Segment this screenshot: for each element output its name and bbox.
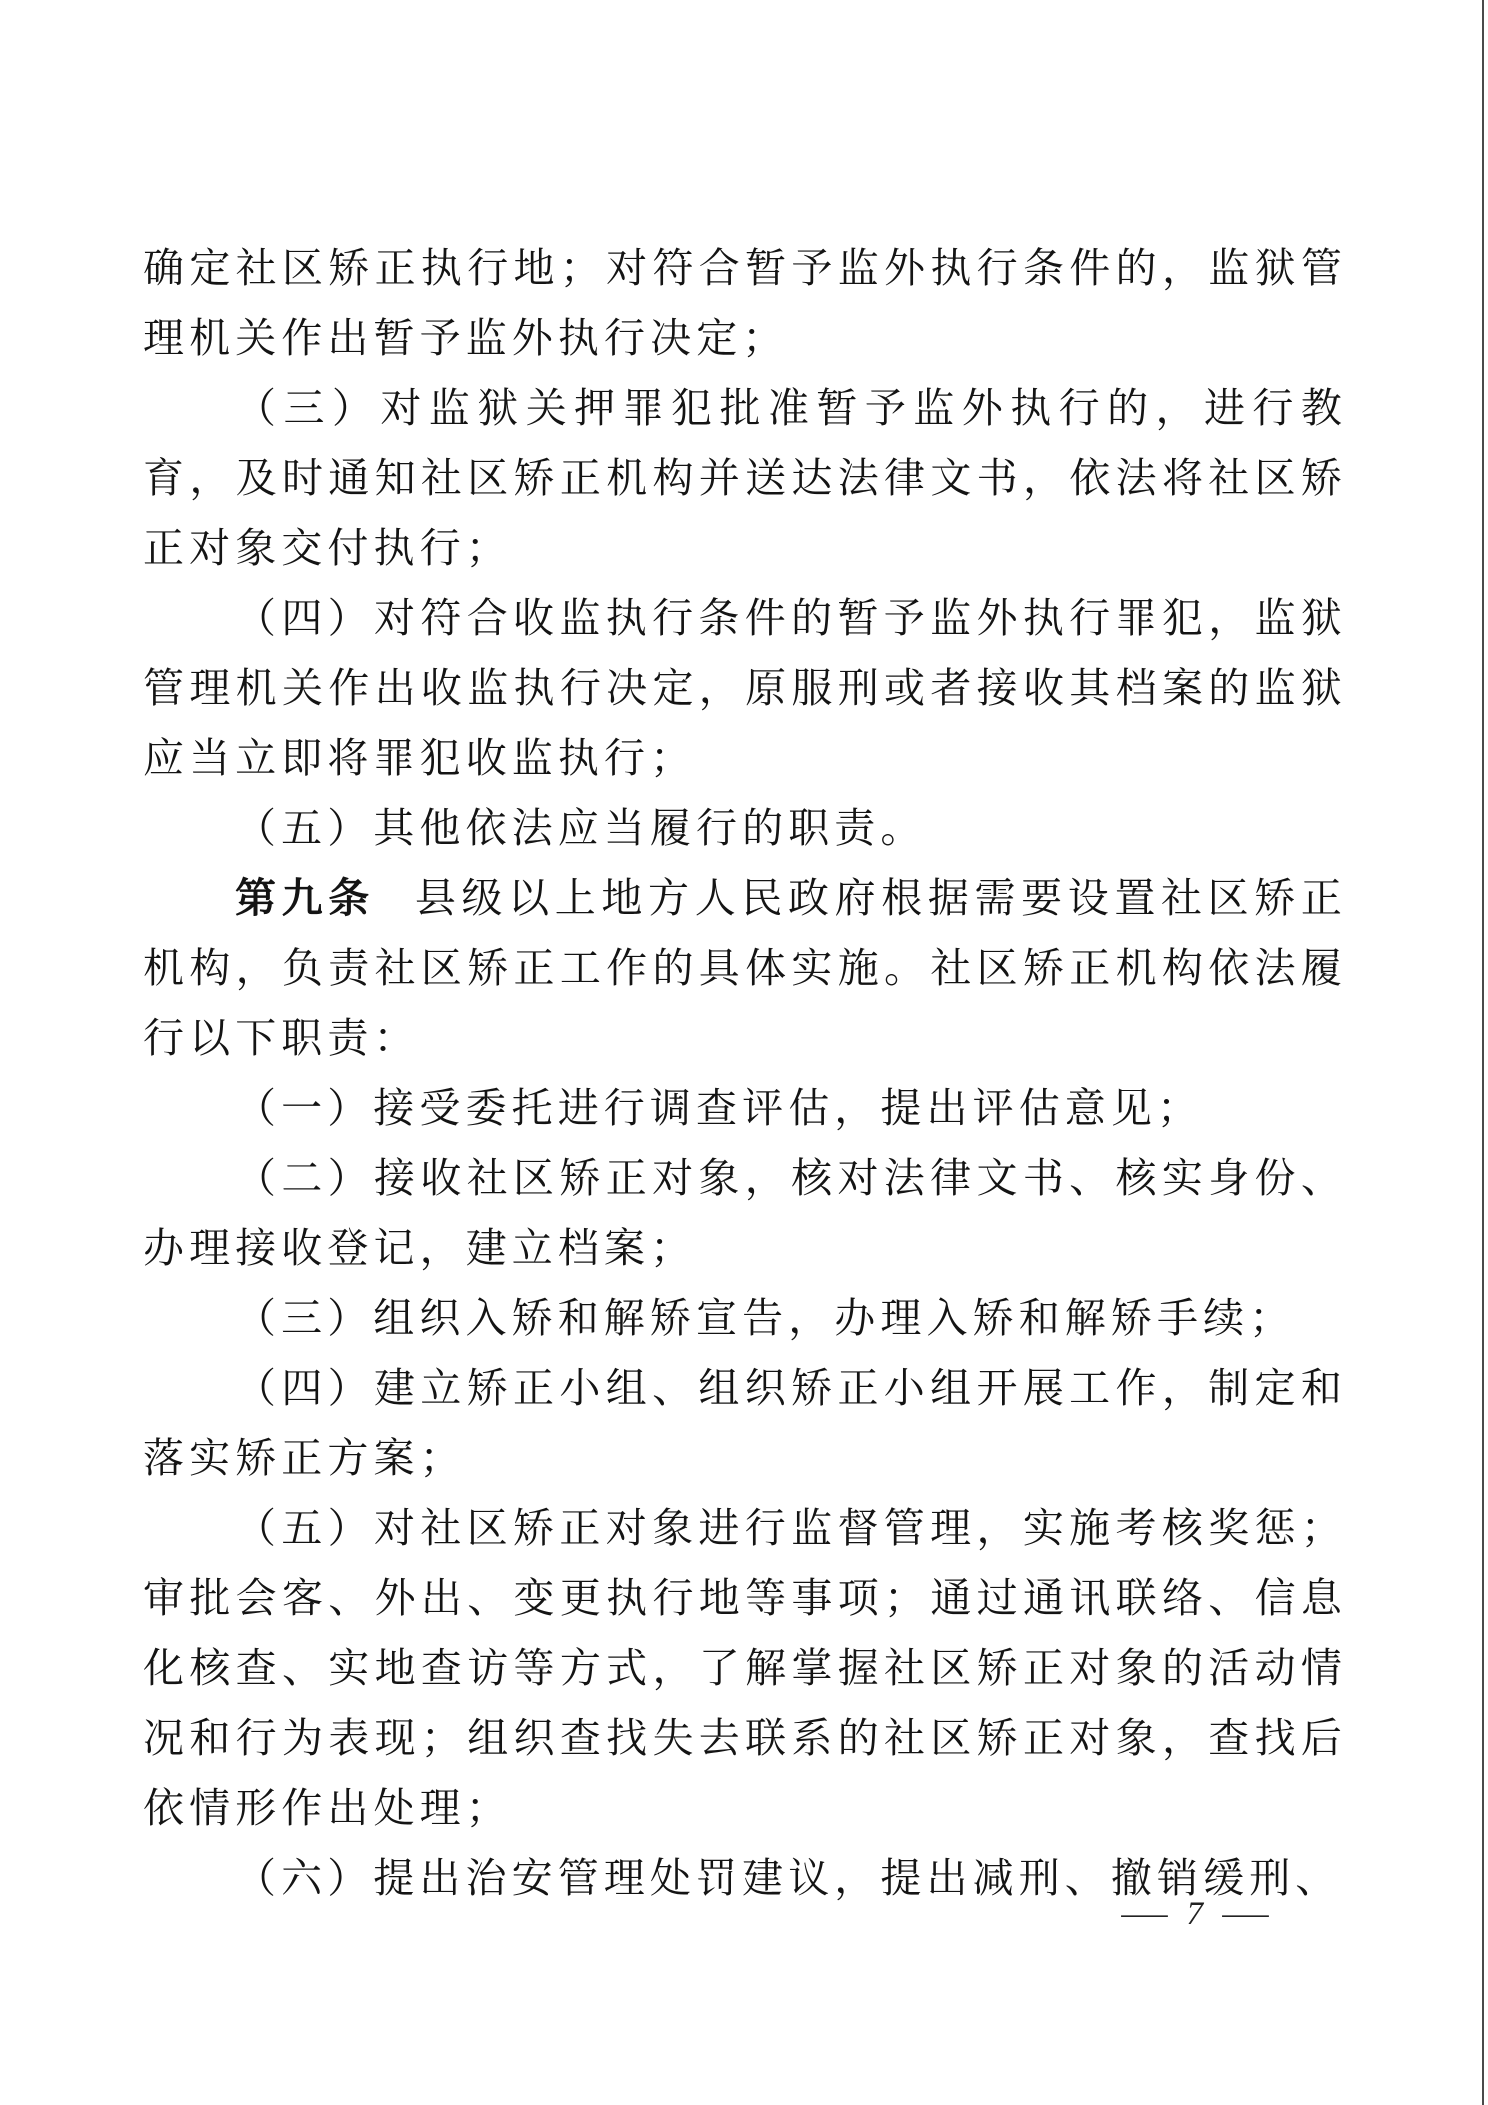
paragraph: （四）建立矫正小组、组织矫正小组开展工作，制定和落实矫正方案；	[143, 1353, 1347, 1493]
article-number: 第九条	[235, 875, 375, 921]
document-page: 确定社区矫正执行地；对符合暂予监外执行条件的，监狱管理机关作出暂予监外执行决定；…	[0, 0, 1488, 2105]
paragraph-text: （三）组织入矫和解矫宣告，办理入矫和解矫手续；	[235, 1295, 1295, 1341]
paragraph-text: 确定社区矫正执行地；对符合暂予监外执行条件的，监狱管理机关作出暂予监外执行决定；	[143, 245, 1347, 361]
paragraph-text: （四）建立矫正小组、组织矫正小组开展工作，制定和落实矫正方案；	[143, 1365, 1347, 1481]
page-number-footer: — 7 —	[1128, 1896, 1263, 1933]
footer-dash-left: —	[1121, 1896, 1167, 1933]
paragraph-text: （一）接受委托进行调查评估，提出评估意见；	[235, 1085, 1203, 1131]
paragraph-text: （五）其他依法应当履行的职责。	[235, 805, 927, 851]
paragraph: （一）接受委托进行调查评估，提出评估意见；	[143, 1073, 1347, 1143]
paragraph-text: （五）对社区矫正对象进行监督管理，实施考核奖惩；审批会客、外出、变更执行地等事项…	[143, 1505, 1347, 1831]
paragraph: 第九条县级以上地方人民政府根据需要设置社区矫正机构，负责社区矫正工作的具体实施。…	[143, 863, 1347, 1073]
paragraph: （三）组织入矫和解矫宣告，办理入矫和解矫手续；	[143, 1283, 1347, 1353]
paragraph-text: （三）对监狱关押罪犯批准暂予监外执行的，进行教育，及时通知社区矫正机构并送达法律…	[143, 385, 1347, 571]
paragraph: （二）接收社区矫正对象，核对法律文书、核实身份、办理接收登记，建立档案；	[143, 1143, 1347, 1283]
scan-edge-line	[1482, 0, 1484, 2105]
paragraph: （五）其他依法应当履行的职责。	[143, 793, 1347, 863]
paragraph: （三）对监狱关押罪犯批准暂予监外执行的，进行教育，及时通知社区矫正机构并送达法律…	[143, 373, 1347, 583]
paragraph-text: （六）提出治安管理处罚建议，提出减刑、撤销缓刑、	[235, 1855, 1341, 1901]
text-block: 确定社区矫正执行地；对符合暂予监外执行条件的，监狱管理机关作出暂予监外执行决定；…	[143, 233, 1347, 1913]
footer-dash-right: —	[1222, 1896, 1268, 1933]
paragraph: （四）对符合收监执行条件的暂予监外执行罪犯，监狱管理机关作出收监执行决定，原服刑…	[143, 583, 1347, 793]
paragraph: （五）对社区矫正对象进行监督管理，实施考核奖惩；审批会客、外出、变更执行地等事项…	[143, 1493, 1347, 1843]
paragraph: 确定社区矫正执行地；对符合暂予监外执行条件的，监狱管理机关作出暂予监外执行决定；	[143, 233, 1347, 373]
paragraph-text: （二）接收社区矫正对象，核对法律文书、核实身份、办理接收登记，建立档案；	[143, 1155, 1347, 1271]
paragraph-text: （四）对符合收监执行条件的暂予监外执行罪犯，监狱管理机关作出收监执行决定，原服刑…	[143, 595, 1347, 781]
page-number: 7	[1187, 1896, 1204, 1933]
